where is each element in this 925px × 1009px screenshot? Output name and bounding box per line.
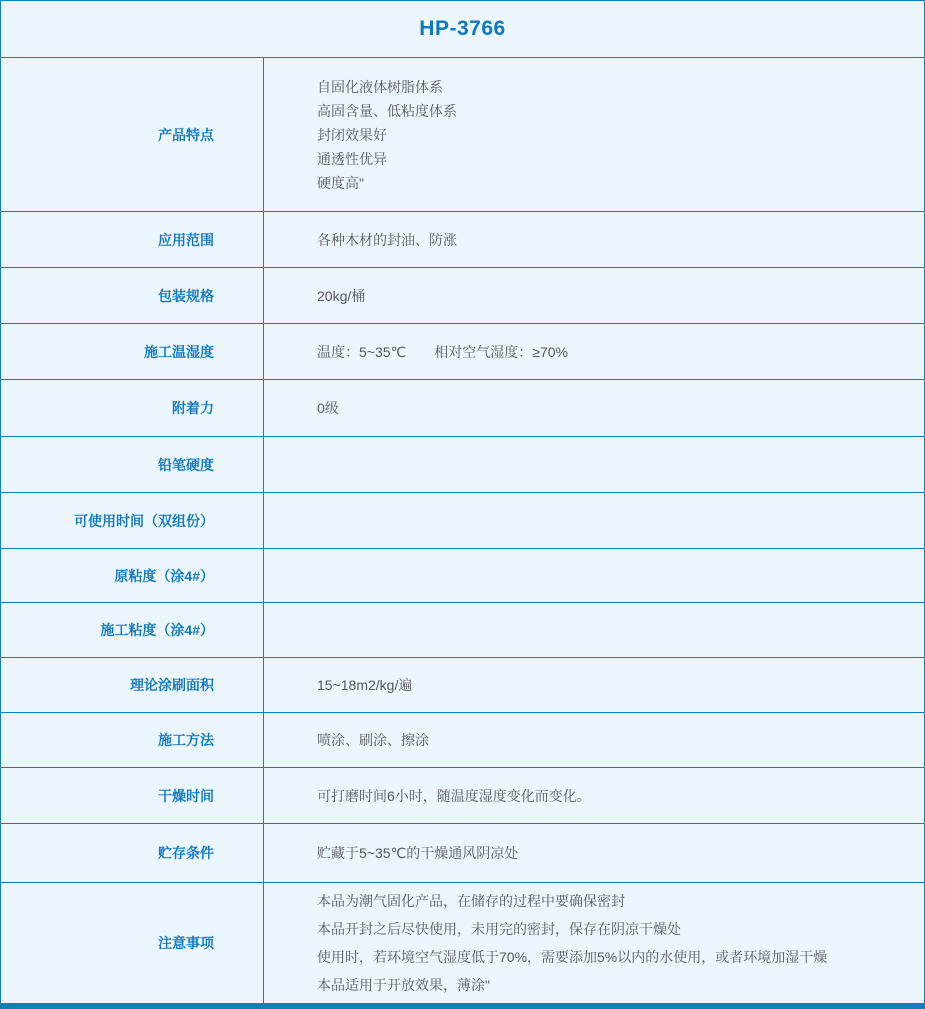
row-label: 包装规格 [1, 268, 264, 323]
row-label: 可使用时间（双组份） [1, 493, 264, 548]
table-row: 施工温湿度 温度：5~35℃ 相对空气湿度：≥70% [1, 323, 924, 379]
row-value: 0级 [264, 380, 924, 436]
table-row: 应用范围 各种木材的封油、防涨 [1, 211, 924, 267]
product-spec-table: HP-3766 产品特点 自固化液体树脂体系高固含量、低粘度体系封闭效果好通透性… [0, 0, 925, 1009]
value-line: 各种木材的封油、防涨 [317, 228, 904, 252]
table-row: 注意事项 本品为潮气固化产品，在储存的过程中要确保密封本品开封之后尽快使用，未用… [1, 882, 924, 1003]
table-row: 包装规格 20kg/桶 [1, 267, 924, 323]
value-line: 自固化液体树脂体系 [317, 75, 904, 99]
row-label: 施工粘度（涂4#） [1, 603, 264, 657]
row-label: 原粘度（涂4#） [1, 549, 264, 602]
table-row: 产品特点 自固化液体树脂体系高固含量、低粘度体系封闭效果好通透性优异硬度高" [1, 57, 924, 211]
value-line: 喷涂、刷涂、擦涂 [317, 728, 904, 752]
table-row: 施工方法 喷涂、刷涂、擦涂 [1, 712, 924, 767]
value-line: 本品适用于开放效果，薄涂" [317, 971, 904, 999]
table-row: 理论涂刷面积 15~18m2/kg/遍 [1, 657, 924, 712]
row-value: 15~18m2/kg/遍 [264, 658, 924, 712]
value-line: 贮藏于5~35℃的干燥通风阴凉处 [317, 841, 904, 865]
row-value [264, 493, 924, 548]
value-line: 硬度高" [317, 171, 904, 195]
row-label: 理论涂刷面积 [1, 658, 264, 712]
table-row: 施工粘度（涂4#） [1, 602, 924, 657]
row-value: 各种木材的封油、防涨 [264, 212, 924, 267]
value-line: 使用时，若环境空气湿度低于70%，需要添加5%以内的水使用，或者环境加湿干燥 [317, 943, 904, 971]
row-label: 贮存条件 [1, 824, 264, 882]
row-label: 附着力 [1, 380, 264, 436]
row-value: 自固化液体树脂体系高固含量、低粘度体系封闭效果好通透性优异硬度高" [264, 58, 924, 211]
row-value: 温度：5~35℃ 相对空气湿度：≥70% [264, 324, 924, 379]
table-row: 干燥时间 可打磨时间6小时，随温度湿度变化而变化。 [1, 767, 924, 823]
table-body: 产品特点 自固化液体树脂体系高固含量、低粘度体系封闭效果好通透性优异硬度高" 应… [1, 57, 924, 1003]
value-line: 封闭效果好 [317, 123, 904, 147]
table-header: HP-3766 [1, 1, 924, 57]
row-value: 本品为潮气固化产品，在储存的过程中要确保密封本品开封之后尽快使用，未用完的密封，… [264, 883, 924, 1003]
row-value: 贮藏于5~35℃的干燥通风阴凉处 [264, 824, 924, 882]
value-line: 高固含量、低粘度体系 [317, 99, 904, 123]
value-line: 温度：5~35℃ 相对空气湿度：≥70% [317, 340, 904, 364]
row-label: 施工温湿度 [1, 324, 264, 379]
row-value: 可打磨时间6小时，随温度湿度变化而变化。 [264, 768, 924, 823]
row-value: 喷涂、刷涂、擦涂 [264, 713, 924, 767]
value-line: 15~18m2/kg/遍 [317, 673, 904, 697]
table-row: 可使用时间（双组份） [1, 492, 924, 548]
value-line: 0级 [317, 396, 904, 420]
row-value [264, 437, 924, 492]
value-line: 本品开封之后尽快使用，未用完的密封，保存在阴凉干燥处 [317, 915, 904, 943]
bottom-bar [1, 1003, 924, 1009]
table-row: 铅笔硬度 [1, 436, 924, 492]
row-label: 施工方法 [1, 713, 264, 767]
table-row: 贮存条件 贮藏于5~35℃的干燥通风阴凉处 [1, 823, 924, 882]
row-label: 注意事项 [1, 883, 264, 1003]
row-value: 20kg/桶 [264, 268, 924, 323]
table-row: 原粘度（涂4#） [1, 548, 924, 602]
row-label: 产品特点 [1, 58, 264, 211]
value-line: 本品为潮气固化产品，在储存的过程中要确保密封 [317, 887, 904, 915]
value-line: 通透性优异 [317, 147, 904, 171]
row-label: 铅笔硬度 [1, 437, 264, 492]
row-value [264, 603, 924, 657]
row-label: 应用范围 [1, 212, 264, 267]
value-line: 可打磨时间6小时，随温度湿度变化而变化。 [317, 784, 904, 808]
value-line: 20kg/桶 [317, 284, 904, 308]
product-title: HP-3766 [419, 17, 505, 41]
row-value [264, 549, 924, 602]
row-label: 干燥时间 [1, 768, 264, 823]
table-row: 附着力 0级 [1, 379, 924, 436]
